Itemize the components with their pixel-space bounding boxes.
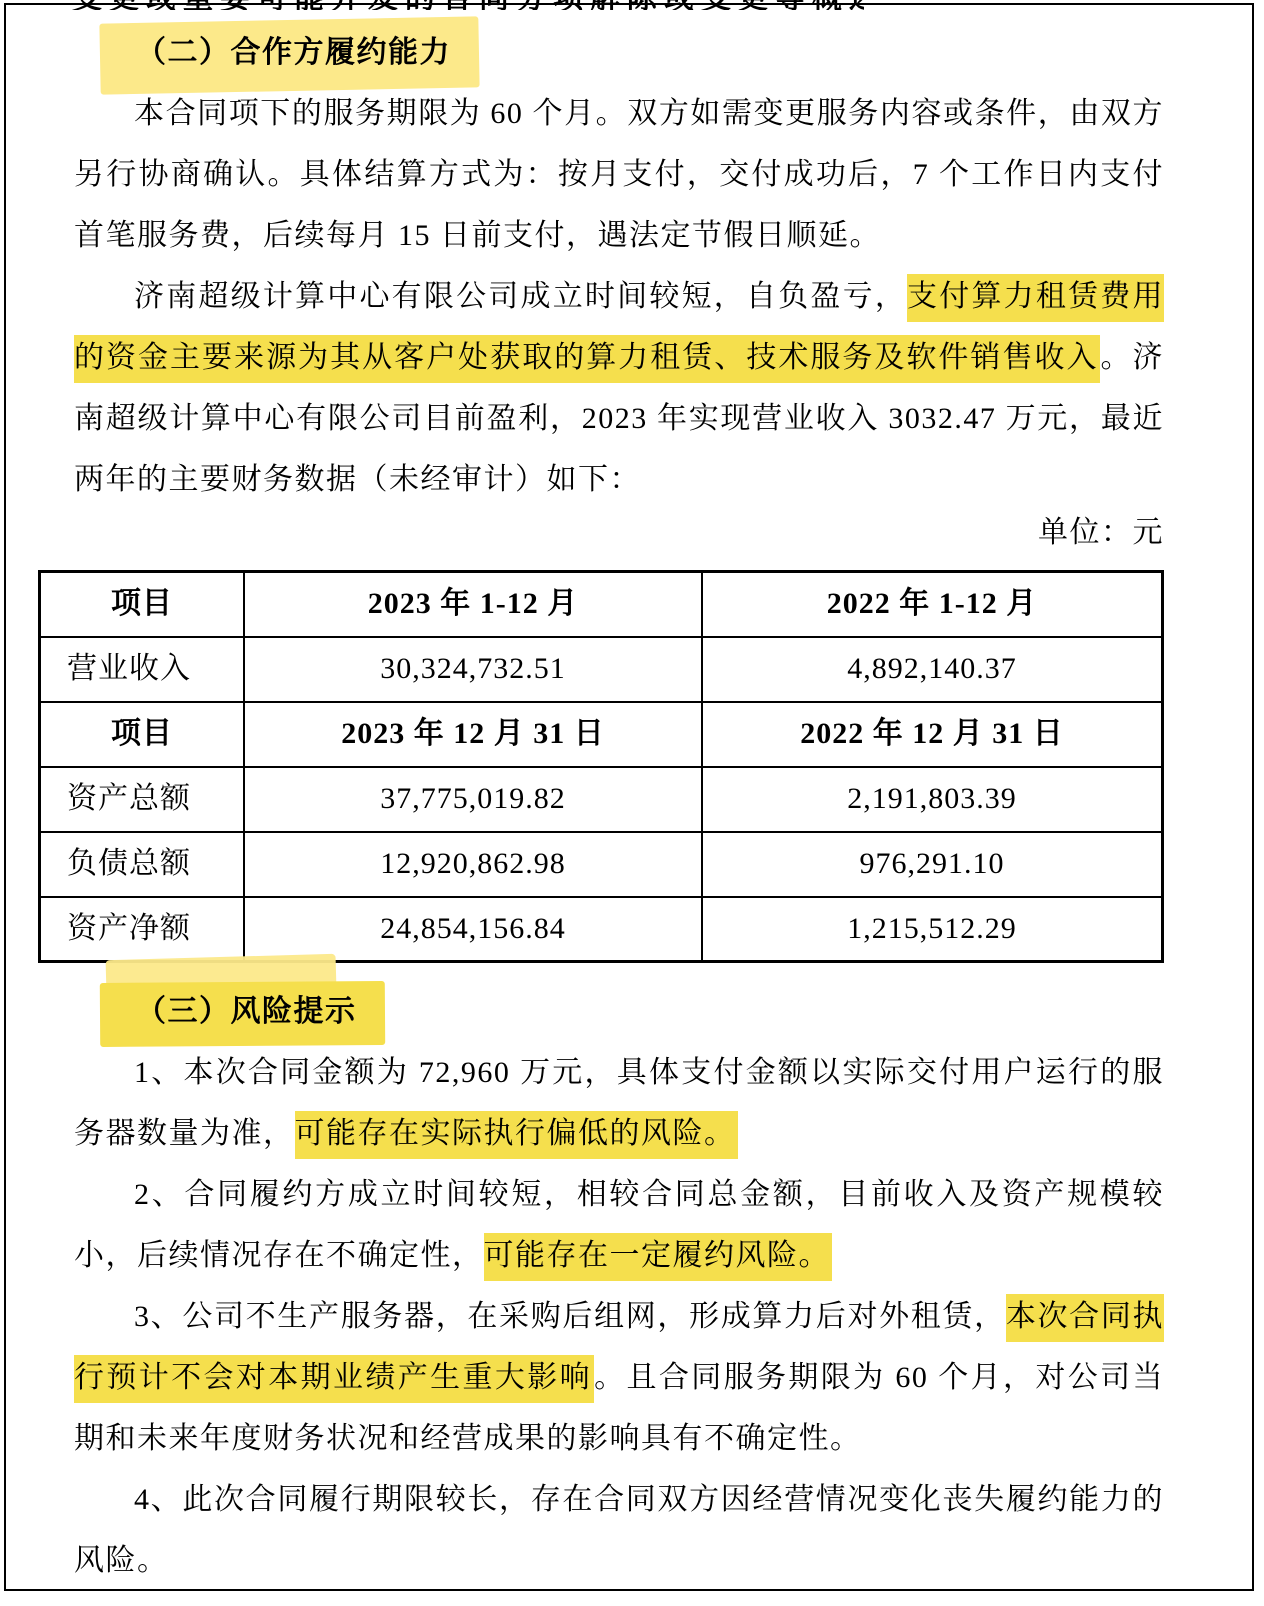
section-heading-3-text: （三）风险提示 — [136, 995, 357, 1028]
section-heading-2-text: （二）合作方履约能力 — [136, 36, 451, 69]
table-header-cell: 2023 年 12 月 31 日 — [244, 702, 702, 767]
table-cell: 资产总额 — [40, 767, 244, 832]
table-cell: 负债总额 — [40, 832, 244, 897]
section-heading-3: （三）风险提示 — [136, 981, 1164, 1042]
table-header-cell: 项目 — [40, 702, 244, 767]
table-data-row: 资产总额37,775,019.822,191,803.39 — [40, 767, 1163, 832]
table-data-row: 资产净额24,854,156.841,215,512.29 — [40, 897, 1163, 962]
table-cell: 37,775,019.82 — [244, 767, 702, 832]
table-unit-note: 单位：元 — [74, 510, 1164, 556]
paragraph-service-terms: 本合同项下的服务期限为 60 个月。双方如需变更服务内容或条件，由双方另行协商确… — [74, 83, 1164, 266]
body-text: 4、此次合同履行期限较长，存在合同双方因经营情况变化丧失履约能力的风险。 — [74, 1483, 1164, 1577]
table-cell: 2,191,803.39 — [702, 767, 1162, 832]
highlighted-text: 可能存在一定履约风险。 — [484, 1233, 833, 1281]
table-header-cell: 项目 — [40, 572, 244, 637]
table-cell: 976,291.10 — [702, 832, 1162, 897]
risk-item-1: 1、本次合同金额为 72,960 万元，具体支付金额以实际交付用户运行的服务器数… — [74, 1042, 1164, 1164]
table-header-cell: 2022 年 12 月 31 日 — [702, 702, 1162, 767]
table-cell: 1,215,512.29 — [702, 897, 1162, 962]
table-data-row: 负债总额12,920,862.98976,291.10 — [40, 832, 1163, 897]
table-data-row: 营业收入30,324,732.514,892,140.37 — [40, 637, 1163, 702]
section-heading-2: （二）合作方履约能力 — [136, 22, 1164, 83]
body-text: 本合同项下的服务期限为 60 个月。双方如需变更服务内容或条件，由双方另行协商确… — [74, 97, 1164, 252]
table-header-row: 项目2023 年 12 月 31 日2022 年 12 月 31 日 — [40, 702, 1163, 767]
risk-item-4: 4、此次合同履行期限较长，存在合同双方因经营情况变化丧失履约能力的风险。 — [74, 1469, 1164, 1591]
body-text: 济南超级计算中心有限公司成立时间较短，自负盈亏， — [134, 280, 907, 313]
table-cell: 资产净额 — [40, 897, 244, 962]
table-header-cell: 2023 年 1-12 月 — [244, 572, 702, 637]
table-cell: 30,324,732.51 — [244, 637, 702, 702]
financial-data-table: 项目2023 年 1-12 月2022 年 1-12 月营业收入30,324,7… — [38, 570, 1164, 963]
highlighted-text: 可能存在实际执行偏低的风险。 — [295, 1111, 738, 1159]
table-cell: 24,854,156.84 — [244, 897, 702, 962]
highlight-marker: （三）风险提示 — [136, 981, 357, 1042]
table-header-cell: 2022 年 1-12 月 — [702, 572, 1162, 637]
document-body: （二）合作方履约能力 本合同项下的服务期限为 60 个月。双方如需变更服务内容或… — [0, 0, 1264, 1591]
risk-item-3: 3、公司不生产服务器，在采购后组网，形成算力后对外租赁，本次合同执行预计不会对本… — [74, 1286, 1164, 1469]
highlight-marker: （二）合作方履约能力 — [136, 22, 451, 83]
table-header-row: 项目2023 年 1-12 月2022 年 1-12 月 — [40, 572, 1163, 637]
table-cell: 营业收入 — [40, 637, 244, 702]
body-text: 3、公司不生产服务器，在采购后组网，形成算力后对外租赁， — [134, 1300, 1006, 1333]
table-cell: 4,892,140.37 — [702, 637, 1162, 702]
risk-item-2: 2、合同履约方成立时间较短，相较合同总金额，目前收入及资产规模较小，后续情况存在… — [74, 1164, 1164, 1286]
table-cell: 12,920,862.98 — [244, 832, 702, 897]
paragraph-partner-finance: 济南超级计算中心有限公司成立时间较短，自负盈亏，支付算力租赁费用的资金主要来源为… — [74, 266, 1164, 510]
